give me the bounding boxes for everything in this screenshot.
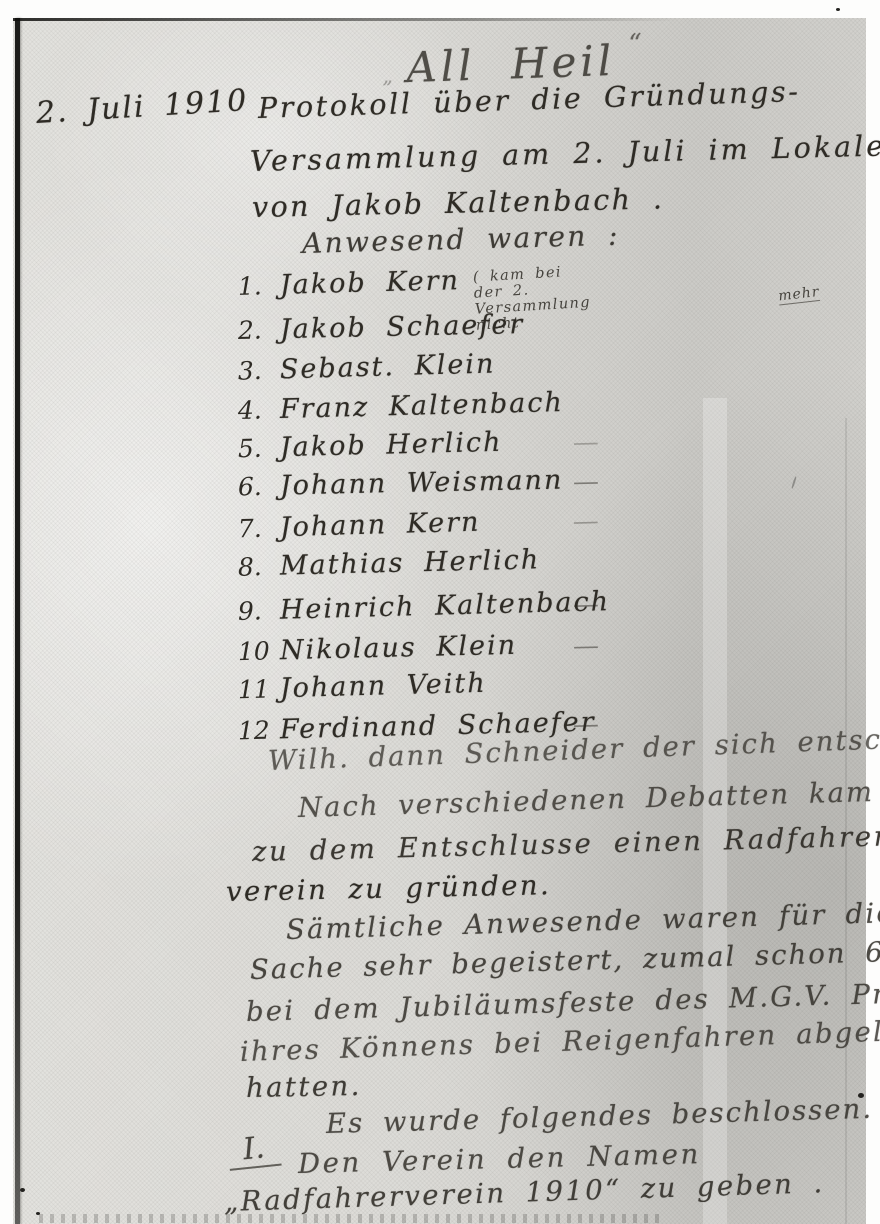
scan-bottom-speckle-band [39,1214,659,1223]
attendee-dash: — [572,427,599,458]
paper-left-edge-line [15,18,20,1224]
attendee-number: 12 [238,715,281,745]
attendee-name: Nikolaus Klein [280,630,518,666]
attendee-number: 4. [238,395,281,425]
attendee-number: 1. [238,271,281,301]
roman-numeral-one: I. [226,1129,282,1171]
attendee-number: 2. [238,315,281,345]
attendee-number: 7. [237,513,280,543]
resolution-item-numeral: I. [226,1129,282,1171]
attendee-number: 3. [237,355,280,385]
ink-speck [20,1188,25,1192]
attendee-number: 8. [238,552,281,582]
attendee-number: 11 [238,674,281,704]
attendee-row: 1.Jakob Kern ( kam bei der 2. Versammlun… [237,265,460,313]
attendee-number: 5. [238,433,281,463]
enthusiasm-line-5: hatten. [246,1070,362,1104]
ink-speck [36,1212,40,1215]
ink-speck [836,8,840,11]
attendee-name: Jakob Herlich [280,427,503,463]
attendee-number: 6. [238,472,281,502]
attendee-dash: — [572,589,599,620]
attendee-row: 8.Mathias Herlich [238,544,541,593]
attendee-name: Johann Kern [279,507,480,544]
attendee-name: Mathias Herlich [280,544,541,581]
attendee-name: Sebast. Klein [279,348,495,385]
scanned-document-page: „All Heil“ 2. Juli 1910 Protokoll über d… [0,0,880,1224]
attendee-name: Jakob Schaefer [280,309,525,345]
attendee-dash: — [573,631,600,662]
attendee-name: Jakob Kern [279,265,460,301]
attendee-name: Johann Weismann [280,465,564,502]
attendee-name: Franz Kaltenbach [280,387,565,425]
paper-top-edge-line [13,18,678,21]
title-close-quote: “ [628,29,646,60]
title-open-quote: „ [382,64,397,88]
attendee-row: 11Johann Veith [237,668,487,716]
attendee-number: 9. [238,596,281,626]
attendee-dash: — [573,467,600,498]
attendee-number: 10 [238,636,281,666]
attendee-dash: — [572,506,599,537]
debate-line-3: verein zu gründen. [226,869,552,908]
attendee-row: 6.Johann Weismann — [238,465,564,514]
attendee-name: Johann Veith [279,668,487,704]
